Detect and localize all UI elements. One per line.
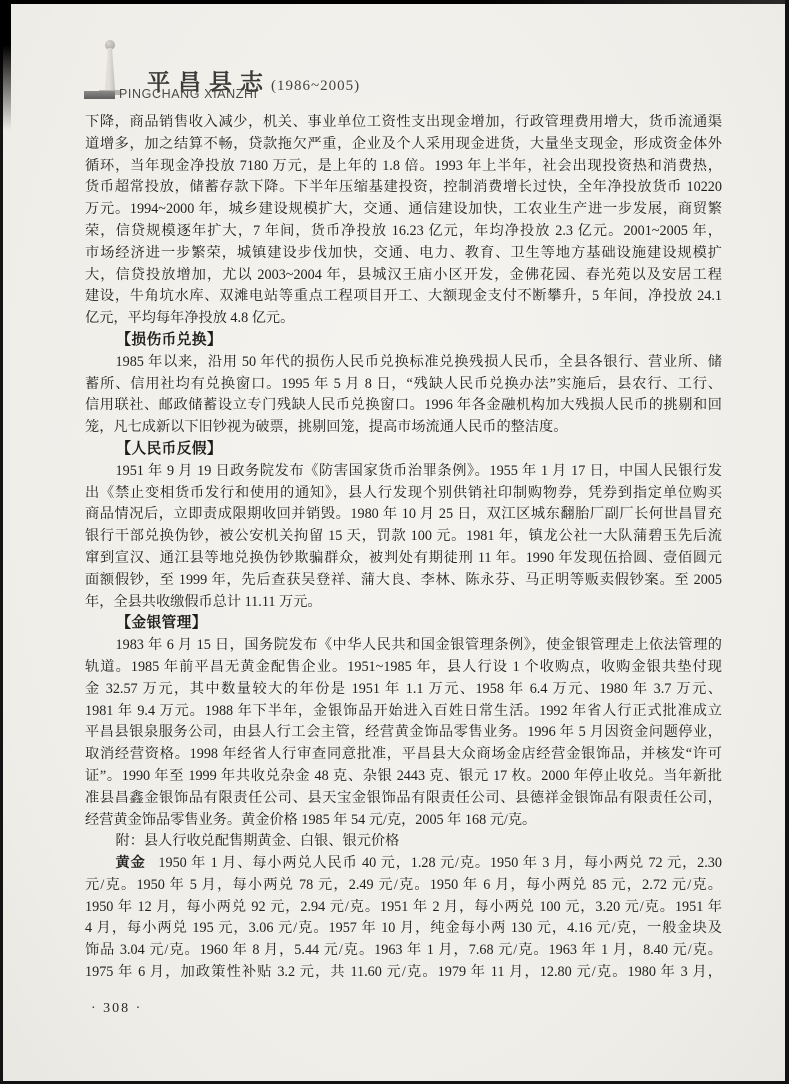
attachment-caption: 附：县人行收兑配售期黄金、白银、银元价格 xyxy=(85,831,722,853)
text-line: 饰品 3.04 元/克。1960 年 8 月，5.44 元/克。1963 年 1… xyxy=(85,940,722,962)
text-line: 商品情况后，立即责成限期收回并销毁。1980 年 10 月 25 日，双江区城东… xyxy=(85,504,722,526)
scanned-page: 平昌县志(1986~2005) PINGCHANG XIANZHI 下降，商品销… xyxy=(0,0,789,1084)
text-line: 建设，牛角坑水库、双滩电站等重点工程项目开工、大额现金支付不断攀升，5 年间，净… xyxy=(85,286,722,308)
bold-term: 黄金 xyxy=(116,855,146,871)
text-line: 银行干部兑换伪钞，被公安机关拘留 15 天，罚款 100 元。1981 年，镇龙… xyxy=(85,526,722,548)
text-line: 1983 年 6 月 15 日，国务院发布《中华人民共和国金银管理条例》，使金银… xyxy=(85,635,722,657)
scan-edge-left xyxy=(0,0,3,1084)
text-line: 1981 年 9.4 万元。1988 年下半年，金银饰品开始进入百姓日常生活。1… xyxy=(85,701,722,723)
text-line: 荣，信贷规模逐年扩大，7 年间，货币净投放 16.23 亿元，年均净投放 2.3… xyxy=(85,221,722,243)
text-line: 蓄所、信用社均有兑换窗口。1995 年 5 月 8 日，“残缺人民币兑换办法”实… xyxy=(85,374,722,396)
text-line: 1950 年 12 月，每小两兑 92 元，2.94 元/克。1951 年 2 … xyxy=(85,897,722,919)
text-line: 道增多，加之结算不畅，贷款拖欠严重，企业及个人采用现金进货，大量坐支现金，形成资… xyxy=(85,134,722,156)
page-number: · 308 · xyxy=(91,1001,142,1017)
text-line: 1985 年以来，沿用 50 年代的损伤人民币兑换标准兑换残损人民币，全县各银行… xyxy=(85,352,722,374)
book-title-years: (1986~2005) xyxy=(271,78,360,94)
text-line: 1975 年 6 月，加政策性补贴 3.2 元，共 11.60 元/克。1979… xyxy=(85,962,722,984)
text-line: 笼，凡七成新以下旧钞视为破票，挑剔回笼，提高市场流通人民币的整洁度。 xyxy=(85,417,722,439)
section-heading: 【损伤币兑换】 xyxy=(85,330,722,352)
text-line: 下降，商品销售收入减少，机关、事业单位工资性支出现金增加，行政管理费用增大，货币… xyxy=(85,112,722,134)
section-heading: 【人民币反假】 xyxy=(85,439,722,461)
text-line: 循环，当年现金净投放 7180 万元，是上年的 1.8 倍。1993 年上半年，… xyxy=(85,156,722,178)
text-line: 平昌县银泉服务公司，由县人行工会主管，经营黄金饰品零售业务。1996 年 5 月… xyxy=(85,722,722,744)
text-line: 出《禁止变相货币发行和使用的通知》，县人行发现个别供销社印制购物券，凭券到指定单… xyxy=(85,483,722,505)
text-line: 窜到宣汉、通江县等地兑换伪钞欺骗群众，被判处有期徒刑 11 年。1990 年发现… xyxy=(85,548,722,570)
text-line: 大，信贷投放增加，尤以 2003~2004 年，县城汉王庙小区开发，金佛花园、春… xyxy=(85,265,722,287)
text-line: 元/克。1950 年 5 月，每小两兑 78 元，2.49 元/克。1950 年… xyxy=(85,875,722,897)
text-line: 面额假钞，至 1999 年，先后查获吴登祥、蒲大良、李林、陈永芬、马正明等贩卖假… xyxy=(85,570,722,592)
monument-logo-column xyxy=(100,48,120,92)
scan-edge-right xyxy=(785,0,789,1084)
text-line: 市场经济进一步繁荣，城镇建设步伐加快，交通、电力、教育、卫生等地方基础设施建设规… xyxy=(85,243,722,265)
text-line: 金 32.57 万元，其中数量较大的年份是 1951 年 1.1 万元、1958… xyxy=(85,679,722,701)
section-heading: 【金银管理】 xyxy=(85,613,722,635)
text-line: 信用联社、邮政储蓄设立专门残缺人民币兑换窗口。1996 年各金融机构加大残损人民… xyxy=(85,395,722,417)
text-line: 黄金1950 年 1 月、每小两兑人民币 40 元，1.28 元/克。1950 … xyxy=(85,853,722,875)
text-line: 取消经营资格。1998 年经省人行审查同意批准，平昌县大众商场金店经营金银饰品，… xyxy=(85,744,722,766)
text-line: 亿元，平均每年净投放 4.8 亿元。 xyxy=(85,308,722,330)
scan-edge-corner xyxy=(0,0,11,130)
text-line: 货币超常投放，储蓄存款下降。下半年压缩基建投资，控制消费增长过快，全年净投放货币… xyxy=(85,177,722,199)
text-line: 准县昌鑫金银饰品有限责任公司、县天宝金银饰品有限责任公司、县德祥金银饰品有限责任… xyxy=(85,788,722,810)
book-subtitle: PINGCHANG XIANZHI xyxy=(119,87,258,101)
text-line: 年，全县共收缴假币总计 11.11 万元。 xyxy=(85,592,722,614)
text-line: 万元。1994~2000 年，城乡建设规模扩大，交通、通信建设加快，工农业生产进… xyxy=(85,199,722,221)
text-line: 4 月，每小两兑 195 元，3.06 元/克。1957 年 10 月，纯金每小… xyxy=(85,918,722,940)
text-line: 1951 年 9 月 19 日政务院发布《防害国家货币治罪条例》。1955 年 … xyxy=(85,461,722,483)
text-line: 轨道。1985 年前平昌无黄金配售企业。1951~1985 年，县人行设 1 个… xyxy=(85,657,722,679)
text-line: 经营黄金饰品零售业务。黄金价格 1985 年 54 元/克，2005 年 168… xyxy=(85,810,722,832)
text-line: 证”。1990 年至 1999 年共收兑杂金 48 克、杂银 2443 克、银元… xyxy=(85,766,722,788)
scan-edge-top xyxy=(0,0,789,4)
logo-base-bar xyxy=(84,91,115,99)
text-body: 下降，商品销售收入减少，机关、事业单位工资性支出现金增加，行政管理费用增大，货币… xyxy=(85,112,722,984)
